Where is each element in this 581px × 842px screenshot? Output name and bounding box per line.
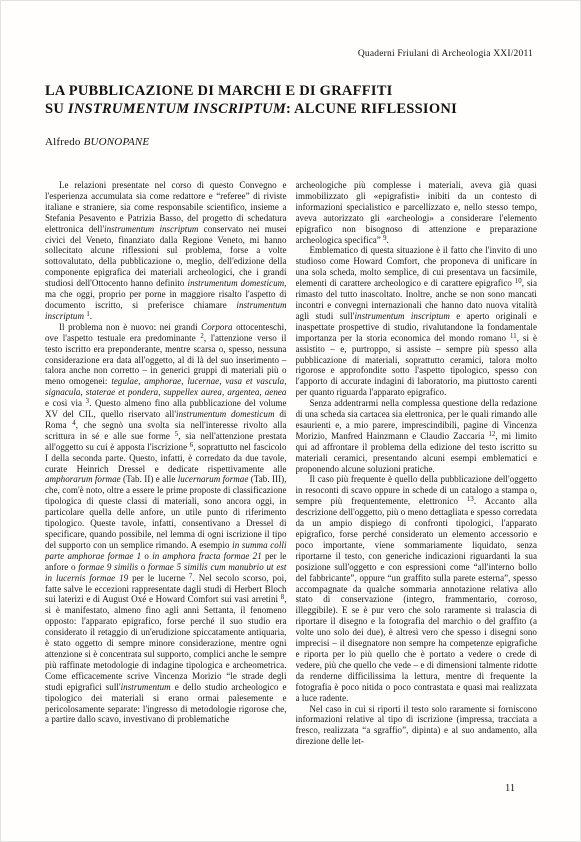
- text-run: e così via: [45, 398, 86, 408]
- paragraph: Il problema non è nuovo: nei grandi Corp…: [45, 322, 287, 726]
- footnote-ref: 5: [175, 431, 178, 438]
- title-line-2: SU INSTRUMENTUM INSCRIPTUM: ALCUNE RIFLE…: [45, 101, 457, 117]
- text-run: argentea: [227, 387, 259, 397]
- text-run: Nel caso in cui si riporti il testo solo…: [296, 704, 538, 747]
- paragraph: Emblematico di questa situazione è il fa…: [296, 245, 538, 398]
- text-run: lucernae: [187, 376, 219, 386]
- paragraph: Le relazioni presentate nel corso di que…: [45, 180, 287, 322]
- running-head: Quaderni Friulani di Archeologia XXI/201…: [358, 49, 533, 59]
- text-run: BUONOPANE: [84, 136, 150, 148]
- text-run: suppellex aurea: [164, 387, 222, 397]
- text-run: o: [141, 551, 152, 561]
- text-run: tegulae: [111, 376, 138, 386]
- text-run: ,: [284, 376, 286, 386]
- column-right: archeologiche più complesse i materiali,…: [296, 180, 538, 772]
- text-run: instrumentum inscriptum: [104, 224, 198, 234]
- paragraph: archeologiche più complesse i materiali,…: [296, 180, 538, 245]
- text-run: formae 9 similis: [78, 562, 138, 572]
- footnote-ref: 2: [200, 333, 203, 340]
- footnote-ref: 10: [515, 278, 522, 285]
- text-run: aenea: [265, 387, 287, 397]
- text-run: amphorae: [144, 376, 181, 386]
- text-run: instrumentum: [121, 682, 171, 692]
- text-run: per le lucerne: [128, 573, 189, 583]
- footnote-ref: 8: [281, 594, 284, 601]
- text-run: amphorarum formae: [45, 474, 121, 484]
- text-run: archeologiche più complesse i materiali,…: [296, 180, 538, 245]
- text-run: instrumentum inscriptum: [354, 311, 449, 321]
- text-run: Il problema non è nuovo: nei grandi: [59, 322, 201, 332]
- paragraph: Senza addentrarmi nella complessa questi…: [296, 398, 538, 474]
- footnote-ref: 13: [467, 496, 474, 503]
- text-run: : ALCUNE RIFLESSIONI: [286, 101, 457, 117]
- text-run: o: [138, 562, 148, 572]
- paragraph: Nel caso in cui si riporti il testo solo…: [296, 704, 538, 748]
- title-line-1: LA PUBBLICAZIONE DI MARCHI E DI GRAFFITI: [45, 83, 393, 99]
- text-run: signacula: [45, 387, 80, 397]
- text-run: . Accanto alla descrizione dell'oggetto,…: [296, 496, 538, 702]
- text-run: INSTRUMENTUM INSCRIPTUM: [68, 101, 286, 117]
- author-byline: Alfredo BUONOPANE: [45, 136, 149, 148]
- page-number: 11: [505, 783, 515, 794]
- footnote-ref: 7: [189, 573, 192, 580]
- text-run: Corpora: [201, 322, 232, 332]
- text-run: Emblematico di questa situazione è il fa…: [296, 245, 538, 288]
- text-run: instrumentum domesticum: [188, 278, 285, 288]
- footnote-ref: 6: [190, 442, 193, 449]
- text-run: staterae et pondera: [86, 387, 158, 397]
- text-run: (Tab. III), che, com'è noto, oltre a ess…: [45, 474, 287, 549]
- paragraph: Il caso più frequente è quello della pub…: [296, 474, 538, 703]
- footnote-ref: 3: [86, 398, 89, 405]
- footnote-ref: 4: [72, 420, 75, 427]
- article-title: LA PUBBLICAZIONE DI MARCHI E DI GRAFFITI…: [45, 83, 545, 118]
- footnote-ref: 9: [383, 235, 386, 242]
- text-run: in amphora fracta formae 21: [152, 551, 262, 561]
- journal-page: Quaderni Friulani di Archeologia XXI/201…: [0, 0, 581, 842]
- text-run: .: [90, 311, 92, 321]
- footnote-ref: 1: [86, 311, 89, 318]
- text-run: , si è manifestato, almeno fino agli ann…: [45, 594, 287, 691]
- body-columns: Le relazioni presentate nel corso di que…: [45, 180, 537, 772]
- text-run: lucernarum formae: [178, 474, 249, 484]
- column-left: Le relazioni presentate nel corso di que…: [45, 180, 287, 772]
- text-run: vasa et vascula: [225, 376, 284, 386]
- text-run: (Tab. II) e alle: [121, 474, 178, 484]
- text-run: Alfredo: [45, 136, 84, 148]
- text-run: SU: [45, 101, 68, 117]
- text-run: instrumentum domesticum: [176, 409, 274, 419]
- footnote-ref: 12: [488, 431, 495, 438]
- footnote-ref: 11: [510, 333, 517, 340]
